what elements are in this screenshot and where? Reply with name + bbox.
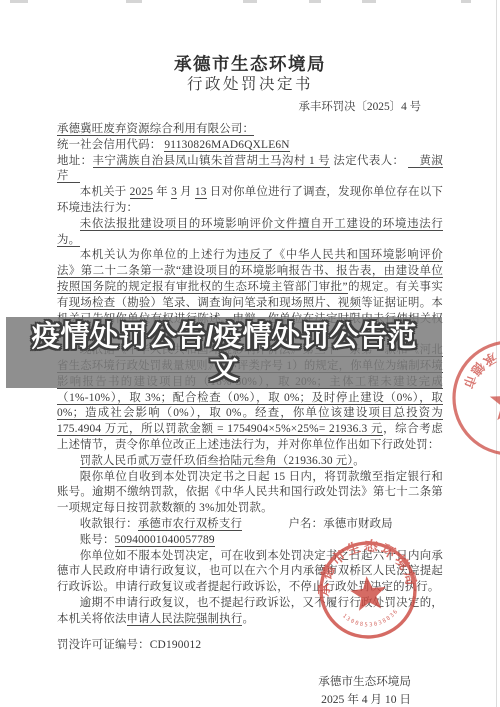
signature-date: 2025 年 4 月 10 日 (57, 691, 411, 707)
underlined-text: 现场检查（勘验）笔录、调查询问笔录和现场照片、视频 (69, 297, 362, 310)
underlined-text: 13 (195, 186, 207, 199)
org-title: 承德市生态环境局 (57, 54, 443, 75)
text-run: 账号： (80, 534, 115, 546)
seal-serial-text: 1300853038836 (341, 607, 402, 631)
paragraph: 收款银行：承德市农行双桥支行 户名：承德市财政局 (57, 517, 443, 533)
signature-block: 承德市生态环境局 2025 年 4 月 10 日 (57, 673, 443, 707)
scan-mark (243, 0, 257, 3)
underlined-text: 承德冀旺废弃资源综合利用有限公司： (57, 123, 254, 136)
underlined-text: 50940001040057789 (115, 534, 215, 547)
text-run: 地址： (57, 155, 93, 167)
signature-org: 承德市生态环境局 (57, 673, 411, 691)
paragraph: 本机关于 2025 年 3 月 13 日对你单位进行了调查，发现你单位存在以下环… (57, 185, 443, 217)
underlined-text: 承德市农行双桥支行 (138, 518, 242, 531)
text-run: 户名：承德市财政局 (242, 518, 393, 530)
scan-mark (10, 0, 28, 3)
paragraph: 罚款人民币贰万壹仟玖佰叁拾陆元叁角（21936.30 元）。 (57, 454, 443, 470)
paragraph: 承德冀旺废弃资源综合利用有限公司： (57, 122, 443, 138)
paragraph: 未依法报批建设项目的环境影响评价文件擅自开工建设的环境违法行为。 (57, 217, 443, 249)
official-seal: 承德市生态环境局 1300853038836 (309, 531, 428, 650)
doc-title: 行政处罚决定书 (57, 75, 443, 94)
text-run: 。 (353, 455, 365, 467)
svg-text:承德市: 承德市 (459, 350, 499, 395)
text-run: 本机关于 (80, 186, 130, 198)
paragraph: 统一社会信用代码： 91130826MAD6QXLE6N (57, 138, 443, 154)
scan-mark (461, 0, 471, 3)
watermark-text-line2: 文 (209, 353, 238, 385)
partial-seal: 承德市 (438, 334, 500, 464)
underlined-text: 2025 (130, 186, 154, 199)
underlined-text: 罚款人民币贰万壹仟玖佰叁拾陆元叁角（21936.30 元） (80, 455, 353, 468)
seal-star-icon (349, 574, 388, 611)
text-run: 本机关认为你单位的上述行为 (80, 249, 238, 261)
paragraph: 地址：丰宁满族自治县凤山镇朱首营胡土马沟村 1 号 法定代表人： 黄淑芹 (57, 154, 443, 186)
watermark-banner: 疫情处罚公告/疫情处罚公告范 文 (6, 317, 442, 388)
seal-star-icon (490, 382, 500, 420)
svg-text:1300853038836: 1300853038836 (341, 607, 402, 631)
text-run: 年 (153, 186, 171, 198)
doc-number: 承丰环罚决〔2025〕4 号 (57, 100, 421, 114)
text-run: 法定代表人： (330, 155, 408, 167)
document-page: 承德市生态环境局 行政处罚决定书 承丰环罚决〔2025〕4 号 承德冀旺废弃资源… (0, 0, 500, 707)
partial-seal-text: 承德市 (459, 350, 499, 395)
underlined-text: 申请人民法院强制执行 (127, 613, 243, 626)
text-run: 收款银行： (80, 518, 138, 530)
text-run: 统一社会信用代码： (57, 139, 164, 151)
underlined-text: 91130826MAD6QXLE6N (164, 139, 289, 152)
scan-mark (309, 0, 321, 3)
paragraph: 限你单位自收到本处罚决定书之日起 15 日内，将罚款缴至指定银行和账号。逾期不缴… (57, 470, 443, 517)
scan-mark (126, 0, 142, 3)
text-run: 。 (242, 613, 254, 625)
underlined-text: 丰宁满族自治县凤山镇朱首营胡土马沟村 1 号 (93, 155, 331, 168)
watermark-text-line1: 疫情处罚公告/疫情处罚公告范 (31, 321, 416, 353)
scan-mark (362, 0, 376, 3)
text-run: 月 (177, 186, 195, 198)
text-run: 限你单位自收到本处罚决定书之日起 15 日内，将罚款缴至指定银行和账号。逾期不缴… (57, 471, 443, 515)
underlined-text: 未依法报批建设项目的环境影响评价文件擅自开工建设的环境违法行为。 (57, 218, 443, 247)
